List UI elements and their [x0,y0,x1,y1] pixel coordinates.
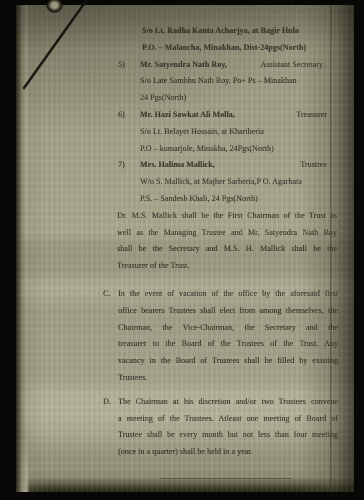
text-line: Trustee shall be every month but not les… [118,427,338,444]
clause-label: C. [103,286,110,303]
clause-label: D. [103,394,111,411]
page-edge-strip [16,5,30,492]
trustee-details: S/o Late Sambhu Nath Roy. Po+ Ps – Minak… [140,73,340,107]
text-line: In the event of vacation of the office b… [118,286,338,303]
scan-background: S/o Lt. Radha Kanta Acharjya, at Bagir H… [0,0,364,500]
clause-d: D. The Chairman at his discretion and/or… [118,394,338,461]
text-line: P.O. – Malancha, Minakhan, Dist-24pgs(No… [142,40,340,57]
trustee-name: Mrs. Halima Mallick, [140,157,215,174]
trustee-entry-7: 7) Mrs. Halima Mallick, Trustree W/o S. … [100,157,340,207]
text-line: shall be the Secretary and M.S. H. Malli… [117,241,337,258]
trustee-header: 7) Mrs. Halima Mallick, Trustree [100,157,340,174]
text-line: Trustees. [118,370,338,387]
text-line: treasurer to the Board of the Trustees o… [118,336,338,353]
bottom-rule [160,478,292,479]
text-line: Dr. M.S. Mallick shall be the First Chai… [117,208,337,225]
document-content: S/o Lt. Radha Kanta Acharjya, at Bagir H… [100,23,340,461]
text-line: The Chairman at his discretion and/or tw… [118,394,338,411]
trustee-details: S/o Lt. Belayet Hossain, at KhariberiaP.… [140,124,340,158]
officers-paragraph: Dr. M.S. Mallick shall be the First Chai… [117,208,337,275]
text-line: P.O – kumarjole, Minakha, 24Pgs(North) [140,141,340,158]
text-line: office bearers Trustees shall elect from… [118,303,338,320]
trustee-role: Trustree [300,157,327,174]
text-line: vacancy in the Board of Trustees shall b… [118,353,338,370]
trustee-number: 7) [118,157,140,174]
clause-c: C. In the event of vacation of the offic… [118,286,338,387]
text-line: 24 Pgs(North) [140,90,340,107]
trustee-role: Treasurer [296,107,327,124]
trustee-header: 6) Mr. Hazi Sawkat Ali Molla, Treasurer [100,107,340,124]
text-line: S/o Lt. Belayet Hossain, at Khariberia [140,124,340,141]
text-line: (once in a quarter) shall be held in a y… [118,444,338,461]
trustee-entry-5: 5) Mr. Satyendra Nath Roy, Assistant Sec… [100,57,340,107]
text-line: W/o S. Mallick, at Majher Sarberia,P O. … [140,174,340,191]
clause-text: In the event of vacation of the office b… [118,286,338,387]
document-page: S/o Lt. Radha Kanta Acharjya, at Bagir H… [16,5,354,492]
text-line: S/o Lt. Radha Kanta Acharjya, at Bagir H… [142,23,340,40]
text-line: P.S. – Sandesh Khali, 24 Pgs(North) [140,191,340,208]
trustee-number: 6) [118,107,140,124]
text-line: Treasurer of the Trust. [117,258,337,275]
text-line: a meeting of the Trustees. Atleast one m… [118,411,338,428]
clause-text: The Chairman at his discretion and/or tw… [118,394,338,461]
trustee-name: Mr. Satyendra Nath Roy, [140,57,227,74]
trustee-header: 5) Mr. Satyendra Nath Roy, Assistant Sec… [100,57,340,74]
trustee-name: Mr. Hazi Sawkat Ali Molla, [140,107,235,124]
trustee-number: 5) [118,57,140,74]
text-line: Chairman, the Vice-Chairman, the Secreta… [118,320,338,337]
text-line: S/o Late Sambhu Nath Roy. Po+ Ps – Minak… [140,73,340,90]
carryover-address-lines: S/o Lt. Radha Kanta Acharjya, at Bagir H… [142,23,340,57]
trustee-entry-6: 6) Mr. Hazi Sawkat Ali Molla, Treasurer … [100,107,340,157]
trustee-details: W/o S. Mallick, at Majher Sarberia,P O. … [140,174,340,208]
trustee-role: Assistant Secretary . [260,57,327,74]
text-line: well as the Managing Trustee and Mr. Sat… [117,225,337,242]
